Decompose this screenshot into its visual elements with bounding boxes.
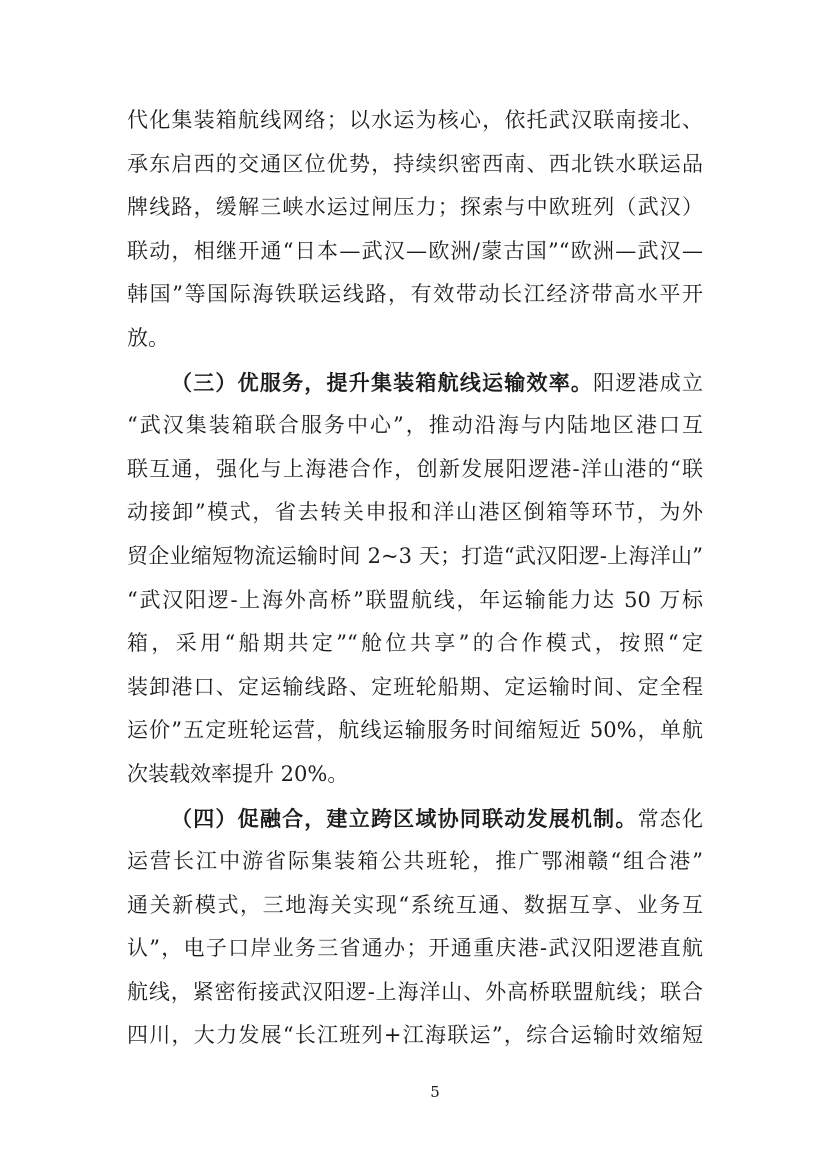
document-page: 代化集装箱航线网络；以水运为核心，依托武汉联南接北、 承东启西的交通区位优势，持… <box>0 0 826 1169</box>
text-line: 装卸港口、定运输线路、定班轮船期、定运输时间、定全程 <box>127 666 703 710</box>
text-line: 放。 <box>127 317 703 361</box>
text-line: 航线，紧密衔接武汉阳逻-上海洋山、外高桥联盟航线；联合 <box>127 971 703 1015</box>
line-text: 贸企业缩短物流运输时间 2~3 天；打造“武汉阳逻-上海洋山” <box>127 544 703 568</box>
line-text: “武汉集装箱联合服务中心”，推动沿海与内陆地区港口互 <box>127 413 703 437</box>
section-heading-line: （四）促融合，建立跨区域协同联动发展机制。常态化 <box>127 797 703 841</box>
text-line: 联动，相继开通“日本—武汉—欧洲/蒙古国”“欧洲—武汉— <box>127 230 703 274</box>
section-heading-four: （四）促融合，建立跨区域协同联动发展机制。 <box>171 806 638 831</box>
line-text: 常态化 <box>638 807 703 831</box>
text-line: 联互通，强化与上海港合作，创新发展阳逻港-洋山港的“联 <box>127 448 703 492</box>
line-text: 装卸港口、定运输线路、定班轮船期、定运输时间、定全程 <box>127 675 703 699</box>
line-text: 阳逻港成立 <box>593 371 703 395</box>
line-text: 航线，紧密衔接武汉阳逻-上海洋山、外高桥联盟航线；联合 <box>127 980 703 1004</box>
line-text: 通关新模式，三地海关实现“系统互通、数据互享、业务互 <box>127 893 703 917</box>
line-text: 运价”五定班轮运营，航线运输服务时间缩短近 50%，单航 <box>127 718 703 742</box>
text-line: 认”，电子口岸业务三省通办；开通重庆港-武汉阳逻港直航 <box>127 927 703 971</box>
text-line: 运营长江中游省际集装箱公共班轮，推广鄂湘赣“组合港” <box>127 840 703 884</box>
text-line: “武汉集装箱联合服务中心”，推动沿海与内陆地区港口互 <box>127 404 703 448</box>
text-line: 承东启西的交通区位优势，持续织密西南、西北铁水联运品 <box>127 143 703 187</box>
text-line: 动接卸”模式，省去转关申报和洋山港区倒箱等环节，为外 <box>127 491 703 535</box>
section-heading-line: （三）优服务，提升集装箱航线运输效率。阳逻港成立 <box>127 361 703 405</box>
body-text: 代化集装箱航线网络；以水运为核心，依托武汉联南接北、 承东启西的交通区位优势，持… <box>127 99 703 1058</box>
line-text: 联动，相继开通“日本—武汉—欧洲/蒙古国”“欧洲—武汉— <box>127 239 703 263</box>
line-text: 承东启西的交通区位优势，持续织密西南、西北铁水联运品 <box>127 152 703 176</box>
text-line: 牌线路，缓解三峡水运过闸压力；探索与中欧班列（武汉） <box>127 186 703 230</box>
text-line: 四川，大力发展“长江班列+江海联运”，综合运输时效缩短 <box>127 1014 703 1058</box>
line-text: 牌线路，缓解三峡水运过闸压力；探索与中欧班列（武汉） <box>127 195 703 219</box>
text-line: 运价”五定班轮运营，航线运输服务时间缩短近 50%，单航 <box>127 709 703 753</box>
line-text: 箱，采用“船期共定”“舱位共享”的合作模式，按照“定 <box>127 631 703 655</box>
text-line: 贸企业缩短物流运输时间 2~3 天；打造“武汉阳逻-上海洋山” <box>127 535 703 579</box>
text-line: 箱，采用“船期共定”“舱位共享”的合作模式，按照“定 <box>127 622 703 666</box>
line-text: 运营长江中游省际集装箱公共班轮，推广鄂湘赣“组合港” <box>127 849 703 873</box>
text-line: 韩国”等国际海铁联运线路，有效带动长江经济带高水平开 <box>127 273 703 317</box>
line-text: 代化集装箱航线网络；以水运为核心，依托武汉联南接北、 <box>127 108 703 132</box>
text-line: 次装载效率提升 20%。 <box>127 753 703 797</box>
line-text: 联互通，强化与上海港合作，创新发展阳逻港-洋山港的“联 <box>127 457 703 481</box>
text-line: 通关新模式，三地海关实现“系统互通、数据互享、业务互 <box>127 884 703 928</box>
line-text: 动接卸”模式，省去转关申报和洋山港区倒箱等环节，为外 <box>127 500 703 524</box>
page-number: 5 <box>425 1081 445 1103</box>
text-line: 代化集装箱航线网络；以水运为核心，依托武汉联南接北、 <box>127 99 703 143</box>
line-text: 放。 <box>127 326 169 350</box>
section-heading-three: （三）优服务，提升集装箱航线运输效率。 <box>171 370 593 395</box>
line-text: “武汉阳逻-上海外高桥”联盟航线，年运输能力达 50 万标 <box>127 588 703 612</box>
line-text: 韩国”等国际海铁联运线路，有效带动长江经济带高水平开 <box>127 282 703 306</box>
line-text: 次装载效率提升 20%。 <box>127 762 348 786</box>
line-text: 认”，电子口岸业务三省通办；开通重庆港-武汉阳逻港直航 <box>127 936 703 960</box>
text-line: “武汉阳逻-上海外高桥”联盟航线，年运输能力达 50 万标 <box>127 579 703 623</box>
line-text: 四川，大力发展“长江班列+江海联运”，综合运输时效缩短 <box>127 1023 703 1047</box>
